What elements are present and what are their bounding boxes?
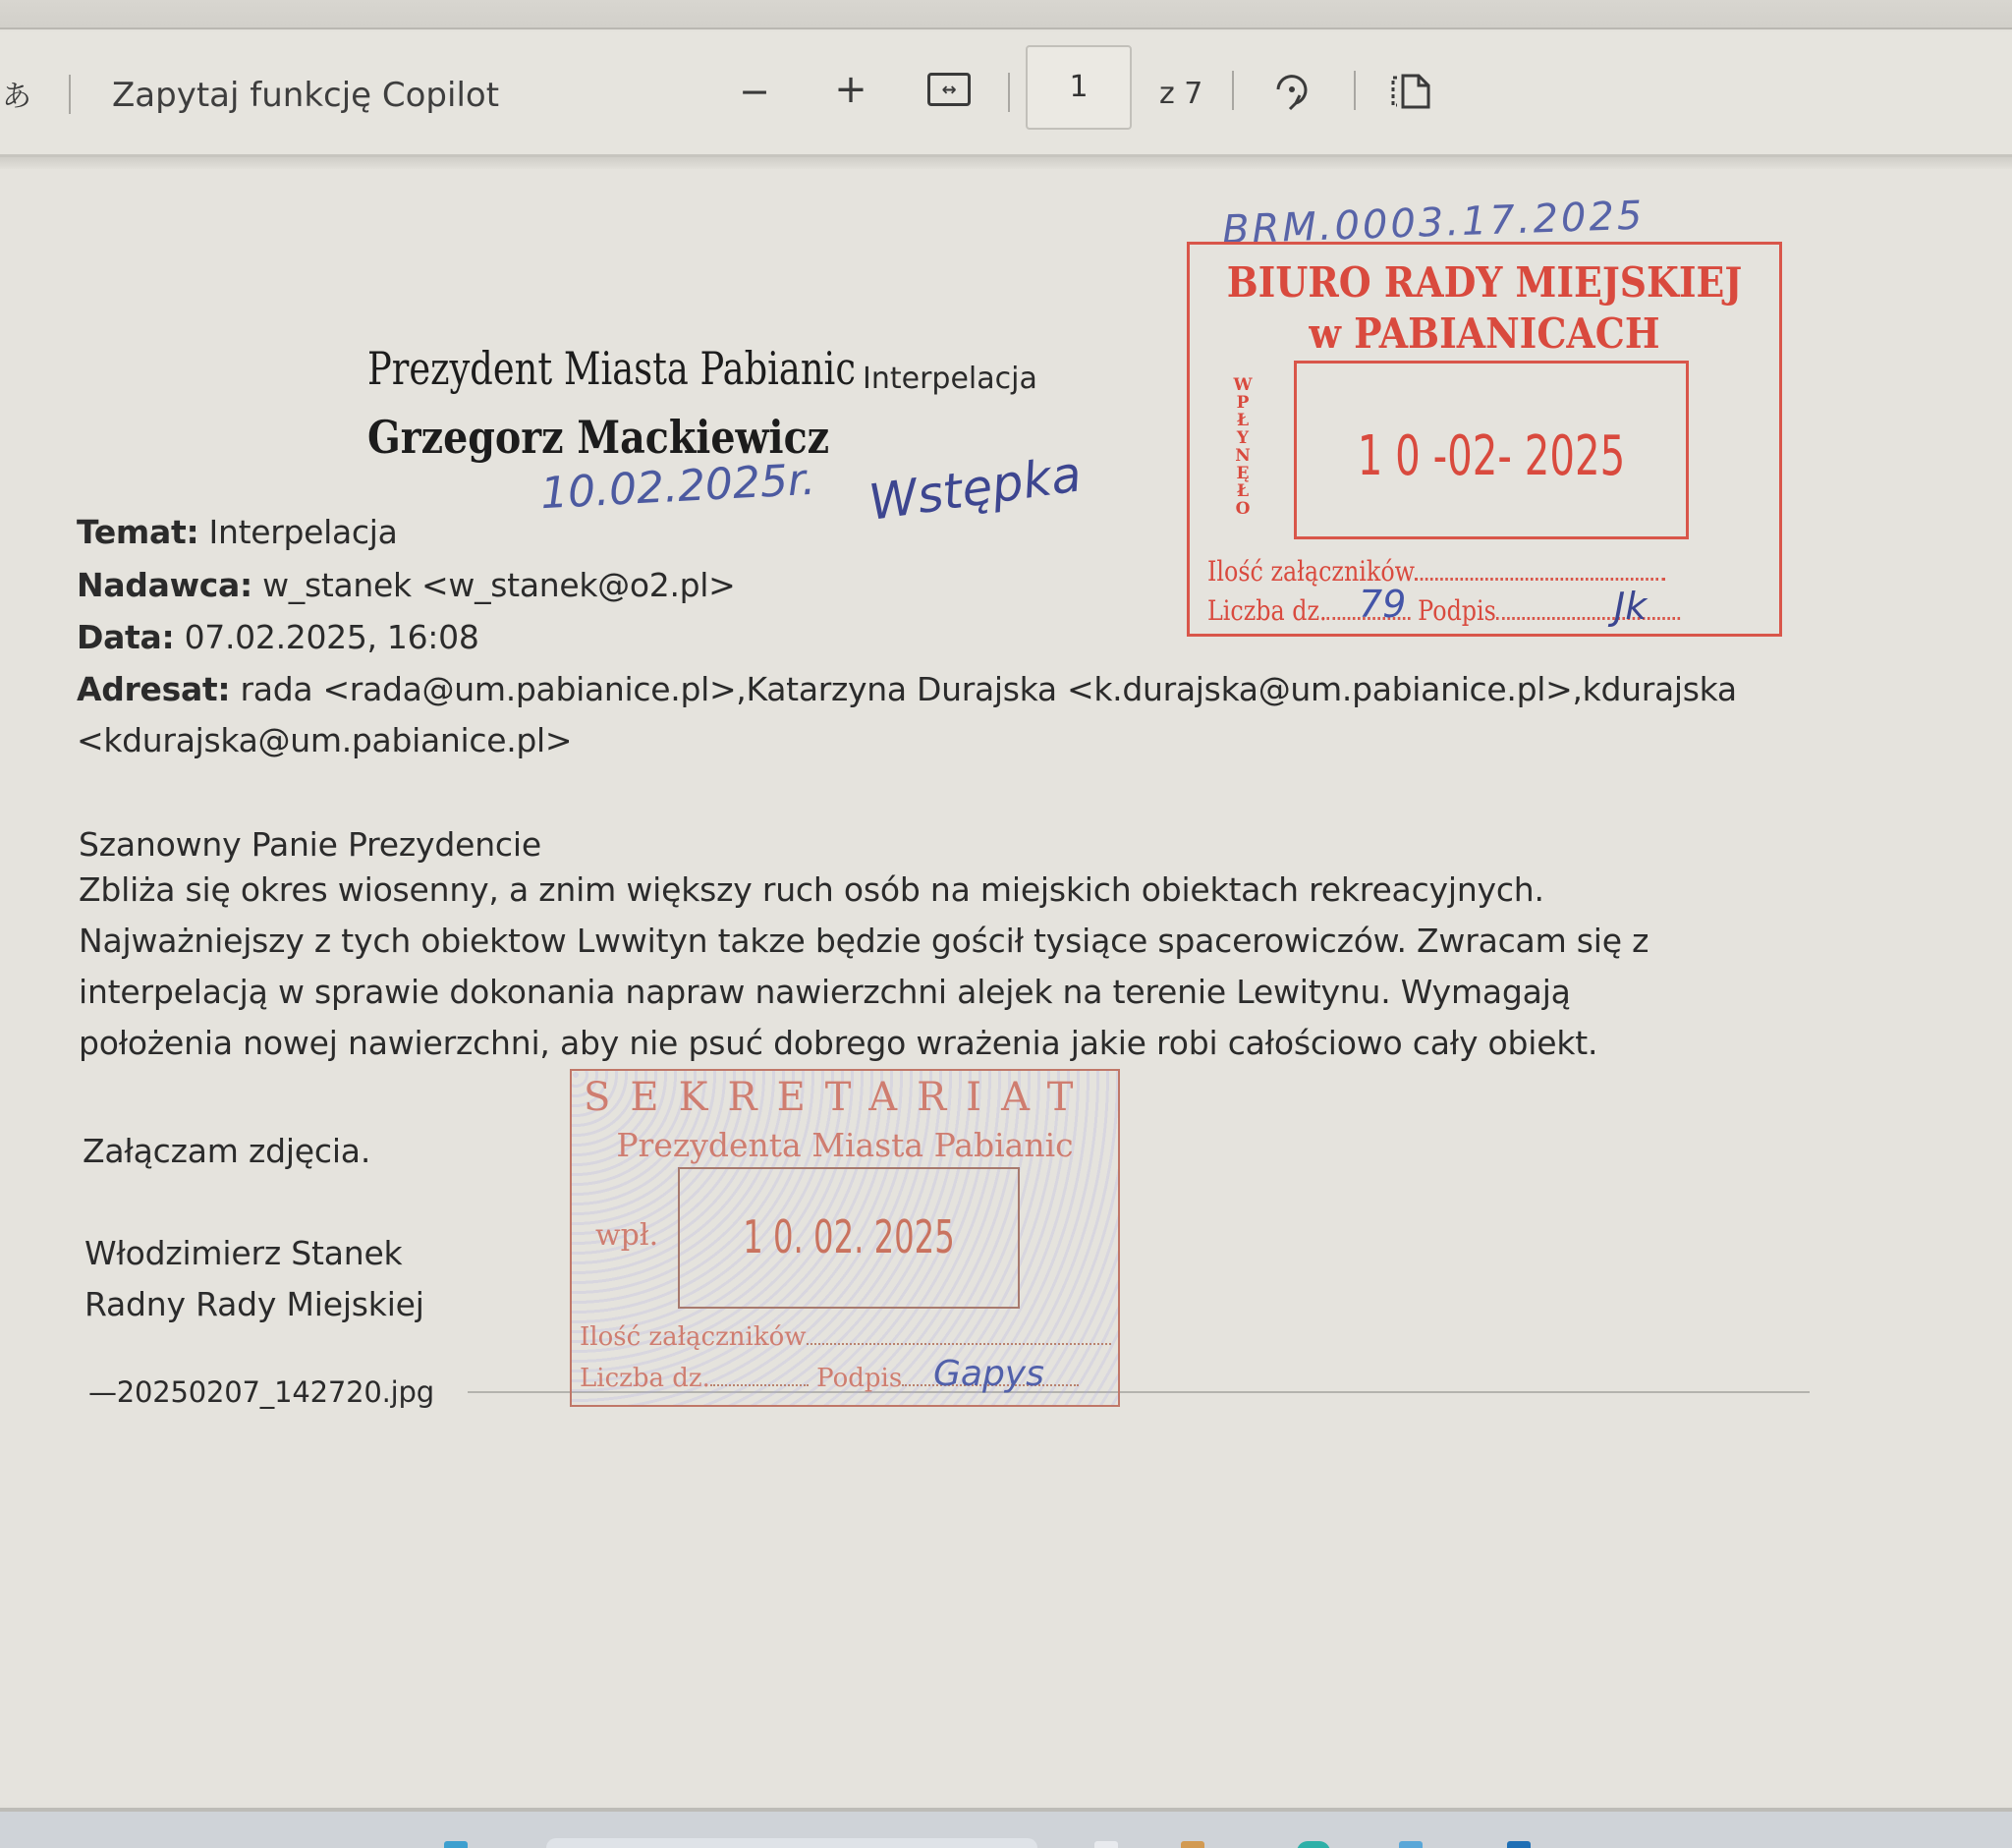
ask-copilot-button[interactable]: Zapytaj funkcję Copilot: [112, 69, 499, 122]
field-value: Interpelacja: [198, 513, 397, 551]
stamp-line2: Prezydenta Miasta Pabianic: [572, 1126, 1118, 1164]
signature-role: Radny Rady Miejskiej: [84, 1285, 424, 1323]
body-line: położenia nowej nawierzchni, aby nie psu…: [79, 1024, 1597, 1062]
field-addressee-continued: <kdurajska@um.pabianice.pl>: [77, 721, 572, 759]
stamp-date-box: 1 0. 02. 2025: [678, 1167, 1020, 1309]
stamp-number-row: Liczba dz. Podpis: [1207, 594, 1680, 627]
taskbar-app-icon[interactable]: [1181, 1841, 1204, 1848]
handwritten-number: 79: [1359, 583, 1406, 626]
letterhead-note: Interpelacja: [863, 362, 1037, 396]
stamp-vertical-label: WPŁYNĘŁO: [1233, 376, 1253, 518]
taskbar-app-icon[interactable]: [1297, 1841, 1330, 1848]
body-line: Najważniejszy z tych obiektow Lwwityn ta…: [79, 922, 1649, 960]
page-number-input[interactable]: 1: [1026, 45, 1132, 130]
stamp-signature-label: Podpis: [1418, 594, 1496, 627]
taskbar-app-icon[interactable]: [1094, 1841, 1118, 1848]
page-total-label: z 7: [1159, 69, 1202, 118]
zoom-in-button[interactable]: +: [831, 65, 870, 114]
zoom-out-button[interactable]: −: [735, 67, 774, 116]
fit-width-icon[interactable]: ↔: [927, 73, 971, 106]
pdf-toolbar: あ Zapytaj funkcję Copilot − + ↔ 1 z 7: [0, 31, 2012, 157]
stamp-line1: SEKRETARIAT: [584, 1075, 1110, 1120]
taskbar-app-icon[interactable]: [1399, 1841, 1423, 1848]
field-subject: Temat: Interpelacja: [77, 513, 398, 551]
field-date: Data: 07.02.2025, 16:08: [77, 618, 479, 656]
field-value: rada <rada@um.pabianice.pl>,Katarzyna Du…: [230, 670, 1737, 708]
taskbar-search-box[interactable]: [546, 1838, 1037, 1848]
taskbar-app-icon[interactable]: [444, 1841, 468, 1848]
toolbar-divider: [1354, 71, 1356, 110]
field-label: Temat:: [77, 513, 198, 551]
toolbar-divider: [1008, 73, 1010, 112]
stamp-number-label: Liczba dz.: [1207, 594, 1327, 627]
browser-tab-strip: [0, 0, 2012, 29]
signature-name: Włodzimierz Stanek: [84, 1234, 402, 1272]
stamp-line1: BIURO RADY MIEJSKIEJ: [1219, 258, 1750, 307]
field-sender: Nadawca: w_stanek <w_stanek@o2.pl>: [77, 566, 736, 604]
read-aloud-icon[interactable]: あ: [0, 69, 33, 118]
taskbar: [0, 1808, 2012, 1848]
stamp-attachments-row: Ilość załączników: [1207, 555, 1665, 588]
attachment-note: Załączam zdjęcia.: [83, 1132, 370, 1170]
attachment-link[interactable]: —20250207_142720.jpg: [88, 1375, 434, 1409]
stamp-number-label: Liczba dz.: [580, 1364, 710, 1393]
field-value: w_stanek <w_stanek@o2.pl>: [252, 566, 736, 604]
stamp-received-label: wpł.: [595, 1218, 658, 1253]
stamp-date-box: 1 0 -02- 2025: [1294, 361, 1689, 539]
page-view-icon[interactable]: [1389, 67, 1438, 116]
stamp-date: 1 0 -02- 2025: [1336, 424, 1648, 488]
greeting: Szanowny Panie Prezydencie: [79, 825, 541, 864]
toolbar-divider: [69, 75, 71, 114]
field-label: Nadawca:: [77, 566, 252, 604]
stamp-attachments-row: Ilość załączników: [580, 1322, 1111, 1352]
letterhead-title: Prezydent Miasta Pabianic: [367, 342, 856, 395]
toolbar-divider: [1232, 71, 1234, 110]
field-label: Data:: [77, 618, 174, 656]
stamp-signature-label: Podpis: [816, 1364, 902, 1393]
council-received-stamp: BIURO RADY MIEJSKIEJ w PABIANICACH WPŁYN…: [1187, 242, 1782, 637]
stamp-date: 1 0. 02. 2025: [717, 1210, 980, 1263]
toolbar-shadow: [0, 157, 2012, 169]
body-line: interpelacją w sprawie dokonania napraw …: [79, 973, 1571, 1011]
handwritten-signature-secretariat: Gapys: [933, 1354, 1044, 1394]
field-value: 07.02.2025, 16:08: [174, 618, 478, 656]
stamp-line2: w PABIANICACH: [1219, 309, 1750, 358]
body-line: Zbliża się okres wiosenny, a znim większ…: [79, 870, 1544, 909]
field-addressee: Adresat: rada <rada@um.pabianice.pl>,Kat…: [77, 670, 1737, 708]
stamp-attachments-label: Ilość załączników: [580, 1322, 807, 1352]
letterhead-name: Grzegorz Mackiewicz: [367, 411, 829, 464]
taskbar-app-icon[interactable]: [1507, 1841, 1531, 1848]
handwritten-initials: Jk: [1614, 585, 1647, 628]
secretariat-received-stamp: SEKRETARIAT Prezydenta Miasta Pabianic w…: [570, 1069, 1120, 1407]
rotate-icon[interactable]: [1267, 67, 1316, 116]
field-label: Adresat:: [77, 670, 230, 708]
